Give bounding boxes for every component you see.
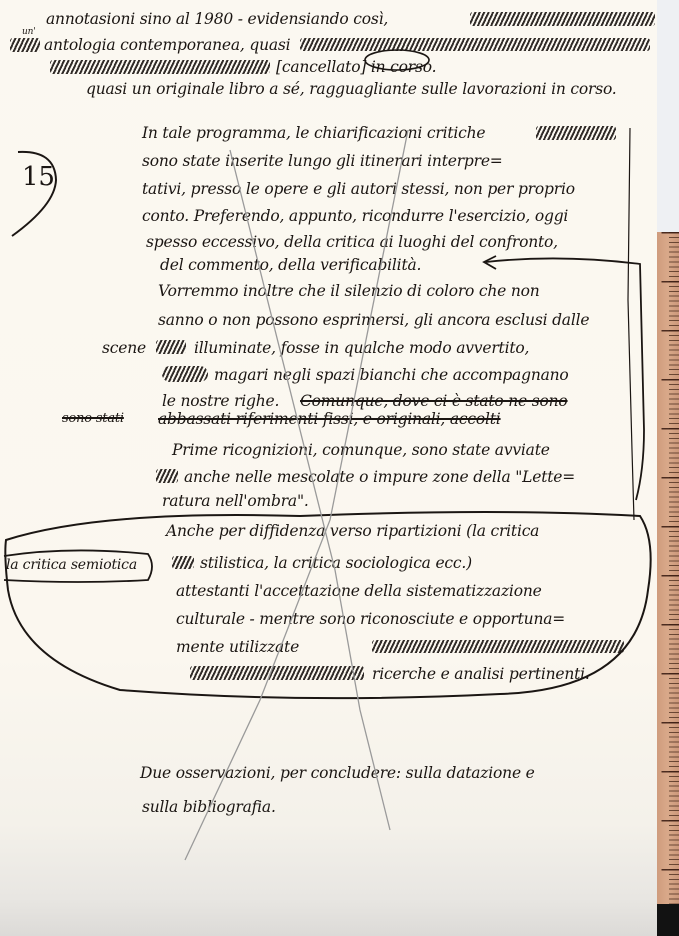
ruler-major-ticks bbox=[657, 232, 679, 904]
text-line: quasi un originale libro a sé, ragguagli… bbox=[86, 82, 617, 98]
text-line: ratura nell'ombra". bbox=[162, 494, 309, 510]
struck-text: Comunque, dove ci è stato ne sono bbox=[300, 394, 568, 410]
text-line: Due osservazioni, per concludere: sulla … bbox=[140, 766, 535, 782]
crossed-out-text bbox=[10, 38, 40, 52]
text-line: attestanti l'accettazione della sistemat… bbox=[176, 584, 542, 600]
text-line: del commento, della verificabilità. bbox=[160, 258, 421, 274]
text-line: Vorremmo inoltre che il silenzio di colo… bbox=[158, 284, 540, 300]
scan-dark-edge bbox=[657, 904, 679, 936]
text-line: [cancellato] in corso. bbox=[276, 60, 436, 76]
text-line: culturale - mentre sono riconosciute e o… bbox=[176, 612, 565, 628]
crossed-out-text bbox=[372, 640, 624, 653]
text-line: In tale programma, le chiarificazioni cr… bbox=[142, 126, 485, 142]
crossed-out-text bbox=[162, 366, 208, 382]
margin-note: un' bbox=[22, 28, 35, 37]
text-line: magari negli spazi bianchi che accompagn… bbox=[214, 368, 569, 384]
text-line: sulla bibliografia. bbox=[142, 800, 276, 816]
text-line: le nostre righe. bbox=[162, 394, 279, 410]
crossed-out-text bbox=[300, 38, 650, 51]
text-line: sono state inserite lungo gli itinerari … bbox=[142, 154, 503, 170]
crossed-out-text bbox=[470, 12, 655, 26]
text-line: Anche per diffidenza verso ripartizioni … bbox=[166, 524, 539, 540]
page-number: 15 bbox=[22, 164, 55, 190]
text-line: illuminate, fosse in qualche modo avvert… bbox=[194, 341, 529, 357]
text-line: ricerche e analisi pertinenti. bbox=[372, 667, 590, 683]
margin-note: sono stati bbox=[62, 412, 124, 425]
text-line: Prime ricognizioni, comunque, sono state… bbox=[172, 443, 550, 459]
measuring-ruler bbox=[657, 232, 679, 904]
text-line: sanno o non possono esprimersi, gli anco… bbox=[158, 313, 589, 329]
margin-note: la critica semiotica bbox=[6, 558, 137, 572]
crossed-out-text bbox=[536, 126, 616, 140]
crossed-out-text bbox=[156, 469, 178, 483]
crossed-out-text bbox=[50, 60, 270, 74]
text-line: antologia contemporanea, quasi bbox=[44, 38, 290, 54]
crossed-out-text bbox=[190, 666, 364, 680]
text-line: spesso eccessivo, della critica ai luogh… bbox=[146, 235, 558, 251]
text-line: anche nelle mescolate o impure zone dell… bbox=[184, 470, 575, 486]
scan-background bbox=[657, 0, 679, 232]
text-line: stilistica, la critica sociologica ecc.) bbox=[200, 556, 472, 572]
text-line: conto. Preferendo, appunto, ricondurre l… bbox=[142, 209, 568, 225]
crossed-out-text bbox=[156, 340, 186, 354]
margin-note: scene bbox=[102, 341, 146, 357]
text-line: tativi, presso le opere e gli autori ste… bbox=[142, 182, 575, 198]
crossed-out-text bbox=[172, 556, 194, 569]
struck-text: abbassati riferimenti fissi, e originali… bbox=[158, 412, 501, 428]
text-line: mente utilizzate bbox=[176, 640, 299, 656]
text-line: annotasioni sino al 1980 - evidensiando … bbox=[46, 12, 388, 28]
